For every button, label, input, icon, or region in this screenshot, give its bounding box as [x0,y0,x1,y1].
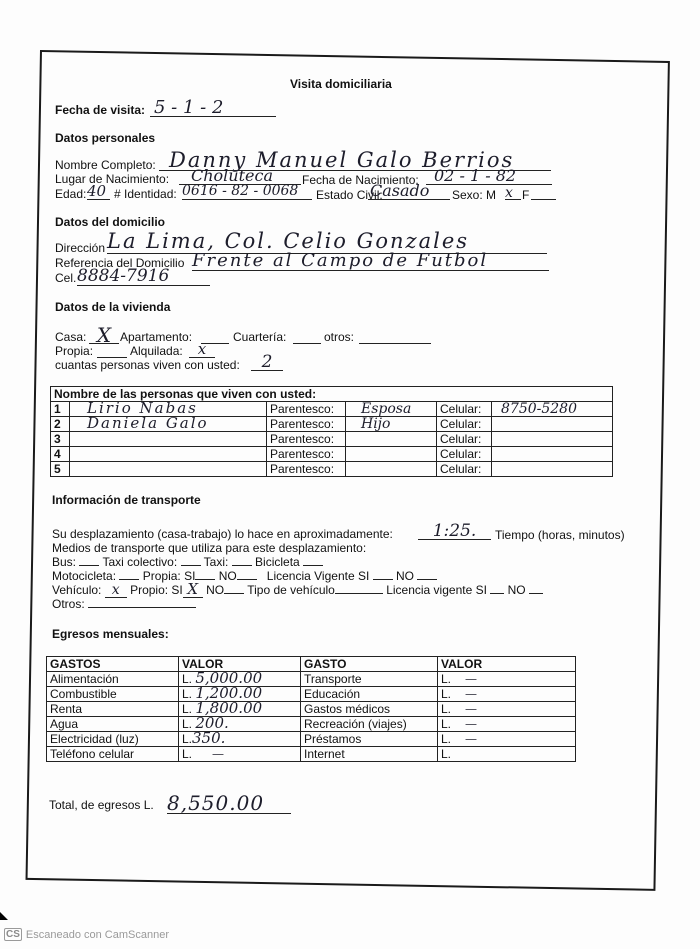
relation-cell[interactable] [346,462,437,477]
commute-unit-label: Tiempo (horas, minutos) [495,528,625,542]
parentesco-label: Parentesco: [267,462,346,477]
expense-value: — [451,702,477,716]
taxi-colectivo-label: Taxi colectivo: [102,555,177,569]
civil-status-field[interactable]: Casado [368,181,450,200]
motocicleta-label: Motocicleta: [52,569,116,583]
alquilada-label: Alquilada: [130,344,183,358]
vehiculo-row: Vehículo: x Propio: SIX NO Tipo de vehíc… [52,583,543,598]
sex-label: Sexo: M [452,188,496,202]
relation-cell[interactable] [346,432,437,447]
col-header-gastos: GASTOS [47,657,179,672]
people-count-field[interactable]: 2 [251,352,283,371]
propia-checkbox[interactable] [97,344,127,358]
sex-m-mark: x [505,185,513,201]
commute-time-field[interactable]: 1:25. [418,521,491,540]
apartamento-label: Apartamento: [120,330,192,344]
transport-heading: Información de transporte [52,493,201,507]
table-row: Teléfono celular L.— Internet L. [47,747,576,762]
visit-date-label: Fecha de visita: [55,103,145,117]
sex-f-checkbox[interactable] [531,184,556,200]
propia-label: Propia: [55,344,93,358]
expenses-heading: Egresos mensuales: [52,627,169,641]
camscanner-text: Escaneado con CamScanner [26,929,169,941]
identity-label: # Identidad: [114,187,177,201]
row-number: 5 [51,462,70,477]
tipo-vehiculo-field[interactable] [335,593,383,594]
person-cell-phone-cell[interactable]: 8750-5280 [492,402,613,417]
expense-label: Electricidad (luz) [47,732,179,747]
commute-label: Su desplazamiento (casa-trabajo) lo hace… [52,527,393,541]
moto-propia-si-checkbox[interactable] [195,579,215,580]
expense-label: Renta [47,702,179,717]
expenses-table: GASTOS VALOR GASTO VALOR Alimentación L.… [46,656,576,762]
vehiculo-propio-no-label: NO [206,583,224,597]
table-row: Electricidad (luz) L.350. Préstamos L.— [47,732,576,747]
vehiculo-mark: x [112,582,120,598]
currency-label: L. [441,672,451,686]
table-row: 3 Parentesco: Celular: [51,432,613,447]
personal-heading: Datos personales [55,131,155,145]
vehiculo-licencia-no-checkbox[interactable] [529,593,543,594]
cell-value: 8884-7916 [77,266,169,286]
casa-label: Casa: [55,330,86,344]
bus-label: Bus: [52,555,76,569]
people-count-value: 2 [262,352,273,372]
expense-label: Internet [301,747,438,762]
person-name-cell[interactable] [70,447,267,462]
taxi-colectivo-checkbox[interactable] [181,565,201,566]
total-field[interactable]: 8,550.00 [167,791,291,814]
commute-time-value: 1:25. [433,521,477,541]
row-number: 1 [51,402,70,417]
relation-value: Hijo [349,416,390,432]
vehiculo-checkbox[interactable]: x [105,583,127,598]
table-row: Renta L. 1,800.00 Gastos médicos L.— [47,702,576,717]
expense-value: 350. [192,729,225,747]
domicile-heading: Datos del domicilio [55,215,165,229]
motocicleta-checkbox[interactable] [119,579,139,580]
camscanner-icon: CS [4,928,22,941]
expenses-header-row: GASTOS VALOR GASTO VALOR [47,657,576,672]
taxi-label: Taxi: [204,555,229,569]
currency-label: L. [441,747,451,761]
expense-value-cell[interactable]: L.— [179,747,301,762]
cuarteria-checkbox[interactable] [293,330,321,344]
vehiculo-licencia-no-label: NO [508,583,526,597]
household-table: Nombre de las personas que viven con ust… [50,386,613,477]
age-value: 40 [87,182,106,200]
visit-date-value: 5 - 1 - 2 [150,97,223,118]
expense-label: Teléfono celular [47,747,179,762]
otros-label: otros: [324,330,354,344]
parentesco-label: Parentesco: [267,432,346,447]
currency-label: L. [182,732,192,746]
age-field[interactable]: 40 [87,182,110,200]
row-number: 2 [51,417,70,432]
person-cell-phone-cell[interactable] [492,417,613,432]
parentesco-label: Parentesco: [267,402,346,417]
cell-field[interactable]: 8884-7916 [77,266,210,286]
total-value: 8,550.00 [167,791,264,815]
expense-label: Préstamos [301,732,438,747]
currency-label: L. [182,747,192,761]
expense-label: Educación [301,687,438,702]
expense-label: Combustible [47,687,179,702]
expense-value-cell[interactable]: L. [438,747,576,762]
celular-label: Celular: [437,447,492,462]
currency-label: L. [182,717,192,731]
col-header-gasto: GASTO [301,657,438,672]
person-name-cell[interactable] [70,432,267,447]
relation-cell[interactable]: Esposa [346,402,437,417]
bicicleta-label: Bicicleta [255,555,300,569]
age-label: Edad: [55,187,86,201]
bus-checkbox[interactable] [79,565,99,566]
person-name-cell[interactable] [70,462,267,477]
person-cell-phone-cell[interactable] [492,447,613,462]
vehiculo-propio-mark: X [187,580,198,598]
moto-propia-no-checkbox[interactable] [237,579,257,580]
expense-label: Transporte [301,672,438,687]
expense-value: — [451,687,477,701]
currency-label: L. [182,687,192,701]
moto-licencia-si-label: Licencia Vigente SI [267,569,370,583]
celular-label: Celular: [437,432,492,447]
expense-value: — [451,717,477,731]
sex-f-label: F [522,188,529,202]
housing-heading: Datos de la vivienda [55,300,170,314]
currency-label: L. [441,687,451,701]
bus-row: Bus: Taxi colectivo: Taxi: Bicicleta [52,555,323,569]
table-row: Alimentación L. 5,000.00 Transporte L.— [47,672,576,687]
alquilada-mark: x [198,340,206,358]
transport-means-label: Medios de transporte que utiliza para es… [52,541,366,555]
expense-value-cell[interactable]: L.350. [179,732,301,747]
table-row: 4 Parentesco: Celular: [51,447,613,462]
table-row: 5 Parentesco: Celular: [51,462,613,477]
vehiculo-licencia-si-label: Licencia vigente SI [386,583,487,597]
parentesco-label: Parentesco: [267,447,346,462]
reference-value: Frente al Campo de Futbol [192,250,488,271]
expense-label: Agua [47,717,179,732]
vehiculo-propio-si-label: Propio: SI [130,583,183,597]
cell-label: Cel. [55,271,76,285]
alquilada-checkbox[interactable]: x [189,340,215,358]
relation-cell[interactable]: Hijo [346,417,437,432]
sex-m-checkbox[interactable]: x [505,184,521,200]
casa-checkbox[interactable]: X [89,323,119,344]
celular-label: Celular: [437,462,492,477]
expense-value: — [451,732,477,746]
row-number: 3 [51,432,70,447]
expense-label: Gastos médicos [301,702,438,717]
document-title: Visita domiciliaria [290,77,392,91]
otros-transport-label: Otros: [52,597,85,611]
expense-label: Alimentación [47,672,179,687]
scanner-footer: CS Escaneado con CamScanner [4,928,169,941]
col-header-valor-2: VALOR [438,657,576,672]
vehiculo-propio-si-checkbox[interactable]: X [183,583,203,598]
expense-value-cell[interactable]: L.— [438,732,576,747]
expense-value-cell[interactable]: L.— [438,687,576,702]
people-count-label: cuantas personas viven con usted: [55,358,240,372]
currency-label: L. [441,732,451,746]
reference-field[interactable]: Frente al Campo de Futbol [192,250,549,271]
birth-place-label: Lugar de Nacimiento: [55,172,169,186]
table-row: Combustible L. 1,200.00 Educación L.— [47,687,576,702]
vehiculo-propio-no-checkbox[interactable] [224,593,244,594]
taxi-checkbox[interactable] [232,565,252,566]
full-name-label: Nombre Completo: [55,158,156,172]
celular-label: Celular: [437,402,492,417]
expense-value-cell[interactable]: L.— [438,672,576,687]
person-cell-phone: 8750-5280 [495,401,577,417]
otros-transport-row: Otros: [52,597,196,611]
currency-label: L. [441,702,451,716]
table-row: 2 Daniela Galo Parentesco: Hijo Celular: [51,417,613,432]
civil-status-value: Casado [368,181,429,200]
expense-value: — [192,747,224,761]
person-cell-phone-cell[interactable] [492,432,613,447]
visit-date-field[interactable]: 5 - 1 - 2 [150,97,276,117]
otros-field[interactable] [359,330,431,344]
currency-label: L. [182,672,192,686]
otros-transport-field[interactable] [88,607,196,608]
address-label: Dirección [55,241,105,255]
celular-label: Celular: [437,417,492,432]
identity-value: 0616 - 82 - 0068 [182,183,298,199]
vehiculo-label: Vehículo: [52,583,101,597]
currency-label: L. [182,702,192,716]
person-name-cell[interactable]: Daniela Galo [70,417,267,432]
row-number: 4 [51,447,70,462]
identity-field[interactable]: 0616 - 82 - 0068 [182,182,312,200]
parentesco-label: Parentesco: [267,417,346,432]
tipo-vehiculo-label: Tipo de vehículo [247,583,335,597]
moto-licencia-si-checkbox[interactable] [373,579,393,580]
corner-mark [0,912,8,920]
total-label: Total, de egresos L. [49,798,154,812]
expense-value-cell[interactable]: L.— [438,702,576,717]
relation-value: Esposa [349,401,411,417]
expense-label: Recreación (viajes) [301,717,438,732]
motocicleta-row: Motocicleta: Propia: SI NO Licencia Vige… [52,569,437,583]
expense-value-cell[interactable]: L.— [438,717,576,732]
person-cell-phone-cell[interactable] [492,462,613,477]
person-name: Daniela Galo [73,414,209,432]
table-row: Agua L. 200. Recreación (viajes) L.— [47,717,576,732]
moto-licencia-no-checkbox[interactable] [417,579,437,580]
moto-propia-no-label: NO [219,569,237,583]
currency-label: L. [441,717,451,731]
expense-value: — [451,672,477,686]
cuarteria-label: Cuartería: [233,330,286,344]
relation-cell[interactable] [346,447,437,462]
moto-licencia-no-label: NO [396,569,414,583]
bicicleta-checkbox[interactable] [303,565,323,566]
vehiculo-licencia-si-checkbox[interactable] [490,593,504,594]
